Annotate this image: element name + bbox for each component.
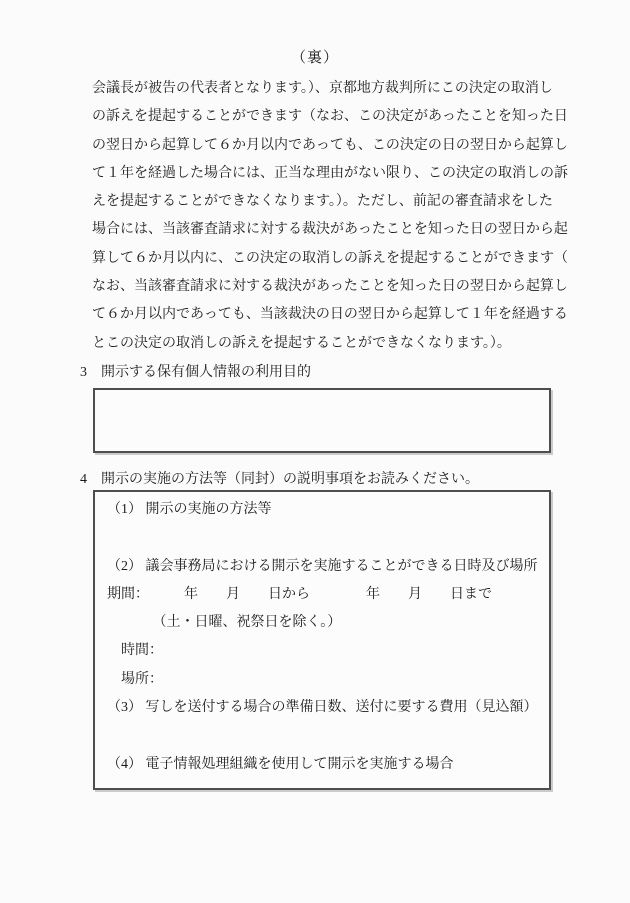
text-line: なお、当該審査請求に対する裁決があったことを知った日の翌日から起算し: [92, 273, 582, 301]
text-line: の訴えを提起することができます（なお、この決定があったことを知った日: [92, 103, 582, 131]
text-line: 時間：: [95, 637, 549, 665]
text-line: とこの決定の取消しの訴えを提起することができなくなります。）。: [92, 330, 582, 358]
text-line: て６か月以内であっても、当該裁決の日の翌日から起算して１年を経過する: [92, 301, 582, 329]
text-line: （3） 写しを送付する場合の準備日数、送付に要する費用（見込額）: [95, 694, 549, 722]
text-line: の翌日から起算して６か月以内であっても、この決定の日の翌日から起算し: [92, 132, 582, 160]
appeal-notice-paragraph: 会議長が被告の代表者となります。）、京都地方裁判所にこの決定の取消しの訴えを提起…: [92, 75, 582, 358]
section3-purpose-box: [93, 388, 551, 453]
text-line: 算して６か月以内に、この決定の取消しの訴えを提起することができます（: [92, 245, 582, 273]
section4-heading: 4 開示の実施の方法等（同封）の説明事項をお読みください。: [80, 468, 479, 488]
text-line: 期間： 年 月 日から 年 月 日まで: [95, 581, 549, 609]
text-line: （2） 議会事務局における開示を実施することができる日時及び場所: [95, 553, 549, 581]
section3-heading: 3 開示する保有個人情報の利用目的: [80, 361, 311, 381]
section4-disclosure-details-box: （1） 開示の実施の方法等 （2） 議会事務局における開示を実施することができる…: [93, 490, 551, 790]
text-line: 会議長が被告の代表者となります。）、京都地方裁判所にこの決定の取消し: [92, 75, 582, 103]
text-line: [95, 524, 549, 552]
text-line: 場合には、当該審査請求に対する裁決があったことを知った日の翌日から起: [92, 216, 582, 244]
text-line: [95, 722, 549, 750]
text-line: （4） 電子情報処理組織を使用して開示を実施する場合: [95, 751, 549, 779]
text-line: （土・日曜、祝祭日を除く。）: [95, 609, 549, 637]
text-line: 場所：: [95, 666, 549, 694]
page-side-label: （裏）: [0, 46, 630, 67]
document-page-back: （裏） 会議長が被告の代表者となります。）、京都地方裁判所にこの決定の取消しの訴…: [0, 0, 630, 903]
text-line: えを提起することができなくなります。）。ただし、前記の審査請求をした: [92, 188, 582, 216]
text-line: て１年を経過した場合には、正当な理由がない限り、この決定の取消しの訴: [92, 160, 582, 188]
text-line: （1） 開示の実施の方法等: [95, 496, 549, 524]
